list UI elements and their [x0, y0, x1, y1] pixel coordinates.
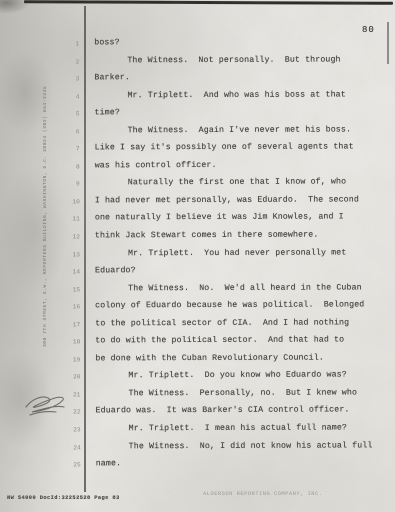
line-number: 24	[69, 444, 81, 451]
transcript-line: 2 The Witness. Not personally. But throu…	[0, 53, 394, 72]
line-number: 20	[68, 374, 80, 381]
line-number: 4	[67, 93, 79, 100]
line-text: The Witness. Not personally. But through	[94, 55, 395, 65]
transcript-line: 18 to do with the political sector. And …	[0, 334, 395, 353]
line-text: The Witness. No. We'd all heard in the C…	[95, 283, 395, 293]
line-number: 12	[68, 233, 80, 240]
transcript-line: 15 The Witness. No. We'd all heard in th…	[0, 281, 395, 300]
line-text: The Witness. No, I did not know his actu…	[96, 441, 395, 451]
line-text: Eduardo?	[95, 265, 387, 275]
transcript-line: 10 I had never met personally, was Eduar…	[0, 193, 395, 212]
line-text: to the political sector of CIA. And I ha…	[95, 318, 387, 328]
transcript-line: 25 name.	[1, 456, 395, 475]
line-number: 5	[67, 111, 79, 118]
line-text: name.	[96, 458, 388, 468]
line-text: be done with the Cuban Revolutionary Cou…	[95, 353, 387, 363]
line-number: 18	[68, 339, 80, 346]
line-number: 25	[69, 462, 81, 469]
scanned-transcript-page: 80 300 7TH STREET, S.W., REPORTERS BUILD…	[0, 0, 395, 512]
line-number: 9	[68, 181, 80, 188]
line-text: Like I say it's possibly one of several …	[95, 143, 387, 153]
line-number: 1	[67, 40, 79, 47]
line-text: Mr. Triplett. You had never personally m…	[95, 248, 395, 258]
transcript-line: 24 The Witness. No, I did not know his a…	[1, 439, 395, 458]
transcript-line: 7 Like I say it's possibly one of severa…	[0, 141, 395, 160]
line-number: 21	[68, 391, 80, 398]
line-text: time?	[94, 108, 386, 118]
transcript-line: 9 Naturally the first one that I know of…	[0, 176, 395, 195]
line-number: 2	[67, 58, 79, 65]
transcript-line: 20 Mr. Triplett. Do you know who Eduardo…	[0, 369, 395, 388]
transcript-line: 17 to the political sector of CIA. And I…	[0, 316, 395, 335]
line-text: boss?	[94, 37, 386, 47]
transcript-line: 22 Eduardo was. It was Barker's CIA cont…	[1, 404, 395, 423]
transcript-line: 8 was his control officer.	[0, 158, 395, 177]
transcript-body: 1 boss? 2 The Witness. Not personally. B…	[0, 35, 395, 475]
line-number: 10	[68, 198, 80, 205]
line-text: Eduardo was. It was Barker's CIA control…	[96, 406, 388, 416]
transcript-line: 3 Barker.	[0, 70, 394, 89]
transcript-line: 4 Mr. Triplett. And who was his boss at …	[0, 88, 394, 107]
line-number: 14	[68, 269, 80, 276]
line-number: 6	[68, 128, 80, 135]
line-text: colony of Eduardo because he was politic…	[95, 301, 387, 311]
page-number: 80	[362, 25, 375, 35]
line-number: 13	[68, 251, 80, 258]
transcript-line: 6 The Witness. Again I've never met his …	[0, 123, 395, 142]
line-text: to do with the political sector. And tha…	[95, 336, 387, 346]
line-number: 15	[68, 286, 80, 293]
line-number: 22	[69, 409, 81, 416]
line-number: 7	[68, 146, 80, 153]
transcript-line: 1 boss?	[0, 35, 394, 54]
line-number: 16	[68, 304, 80, 311]
line-text: I had never met personally, was Eduardo.…	[95, 195, 387, 205]
line-number: 19	[68, 356, 80, 363]
transcript-line: 11 one naturally I believe it was Jim Kn…	[0, 211, 395, 230]
transcript-line: 14 Eduardo?	[0, 263, 395, 282]
transcript-line: 13 Mr. Triplett. You had never personall…	[0, 246, 395, 265]
line-text: Barker.	[94, 72, 386, 82]
line-text: one naturally I believe it was Jim Knowl…	[95, 213, 387, 223]
transcript-line: 5 time?	[0, 105, 395, 124]
transcript-line: 12 think Jack Stewart comes in there som…	[0, 228, 395, 247]
line-text: Mr. Triplett. Do you know who Eduardo wa…	[95, 371, 395, 381]
line-number: 3	[67, 76, 79, 83]
archive-stamp: NW 54000 DocId:32252528 Page 83	[7, 495, 120, 501]
reporting-company-footer: ALDERSON REPORTING COMPANY, INC.	[203, 491, 323, 497]
line-text: The Witness. Again I've never met his bo…	[95, 125, 395, 135]
line-text: think Jack Stewart comes in there somewh…	[95, 230, 387, 240]
line-number: 8	[68, 163, 80, 170]
line-text: Mr. Triplett. I mean his actual full nam…	[96, 423, 395, 433]
line-text: The Witness. Personally, no. But I knew …	[95, 388, 395, 398]
line-number: 11	[68, 216, 80, 223]
transcript-line: 23 Mr. Triplett. I mean his actual full …	[1, 421, 395, 440]
transcript-line: 19 be done with the Cuban Revolutionary …	[0, 351, 395, 370]
line-text: was his control officer.	[95, 160, 387, 170]
transcript-line: 16 colony of Eduardo because he was poli…	[0, 299, 395, 318]
line-number: 17	[68, 321, 80, 328]
transcript-line: 21 The Witness. Personally, no. But I kn…	[0, 386, 395, 405]
line-text: Mr. Triplett. And who was his boss at th…	[94, 90, 395, 100]
line-text: Naturally the first one that I know of, …	[95, 178, 395, 188]
line-number: 23	[69, 426, 81, 433]
